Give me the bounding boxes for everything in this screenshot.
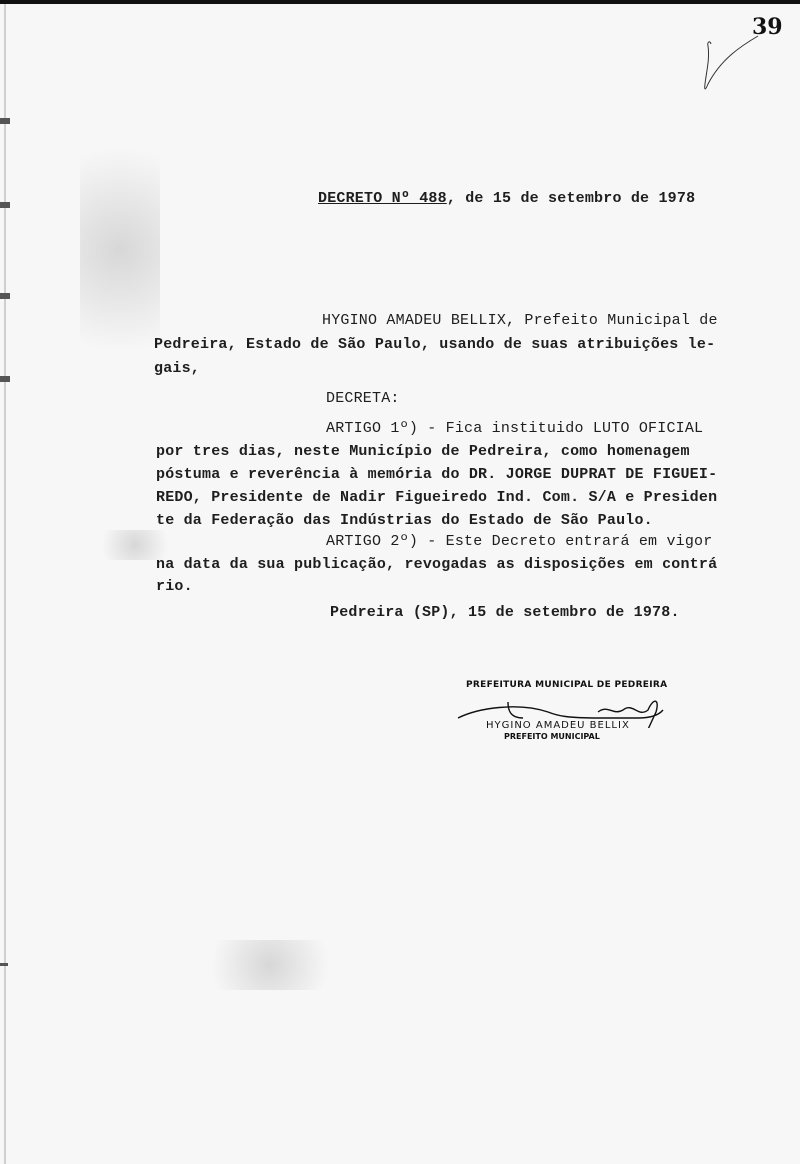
signatory-role: PREFEITO MUNICIPAL [504,732,600,741]
decree-number: DECRETO Nº 488 [318,190,447,207]
preamble-line: HYGINO AMADEU BELLIX, Prefeito Municipal… [322,312,718,330]
preamble-line: gais, [154,360,200,378]
punch-mark [0,963,8,966]
article-1-line: póstuma e reverência à memória do DR. JO… [156,466,717,484]
article-2-line: na data da sua publicação, revogadas as … [156,556,717,574]
scan-noise [190,940,350,990]
punch-mark [0,376,10,382]
decree-date: , de 15 de setembro de 1978 [447,190,695,207]
punch-mark [0,118,10,124]
article-1-line: te da Federação das Indústrias do Estado… [156,512,653,530]
article-1-line: por tres dias, neste Município de Pedrei… [156,443,690,461]
rubric-signature-icon [696,34,776,94]
scan-left-edge [4,4,6,1164]
punch-mark [0,293,10,299]
decree-title: DECRETO Nº 488, de 15 de setembro de 197… [318,190,695,208]
signature-block: PREFEITURA MUNICIPAL DE PEDREIRA HYGINO … [448,676,688,756]
punch-mark [0,202,10,208]
preamble-line: Pedreira, Estado de São Paulo, usando de… [154,336,715,354]
closing-place-date: Pedreira (SP), 15 de setembro de 1978. [330,604,680,622]
article-1-line: ARTIGO 1º) - Fica instituido LUTO OFICIA… [326,420,703,438]
article-1-line: REDO, Presidente de Nadir Figueiredo Ind… [156,489,717,507]
scan-top-border [0,0,800,4]
article-2-line: rio. [156,578,193,596]
article-2-line: ARTIGO 2º) - Este Decreto entrará em vig… [326,533,712,551]
signatory-name: HYGINO AMADEU BELLIX [486,720,630,731]
decreta-heading: DECRETA: [326,390,400,408]
scan-noise [80,110,160,390]
